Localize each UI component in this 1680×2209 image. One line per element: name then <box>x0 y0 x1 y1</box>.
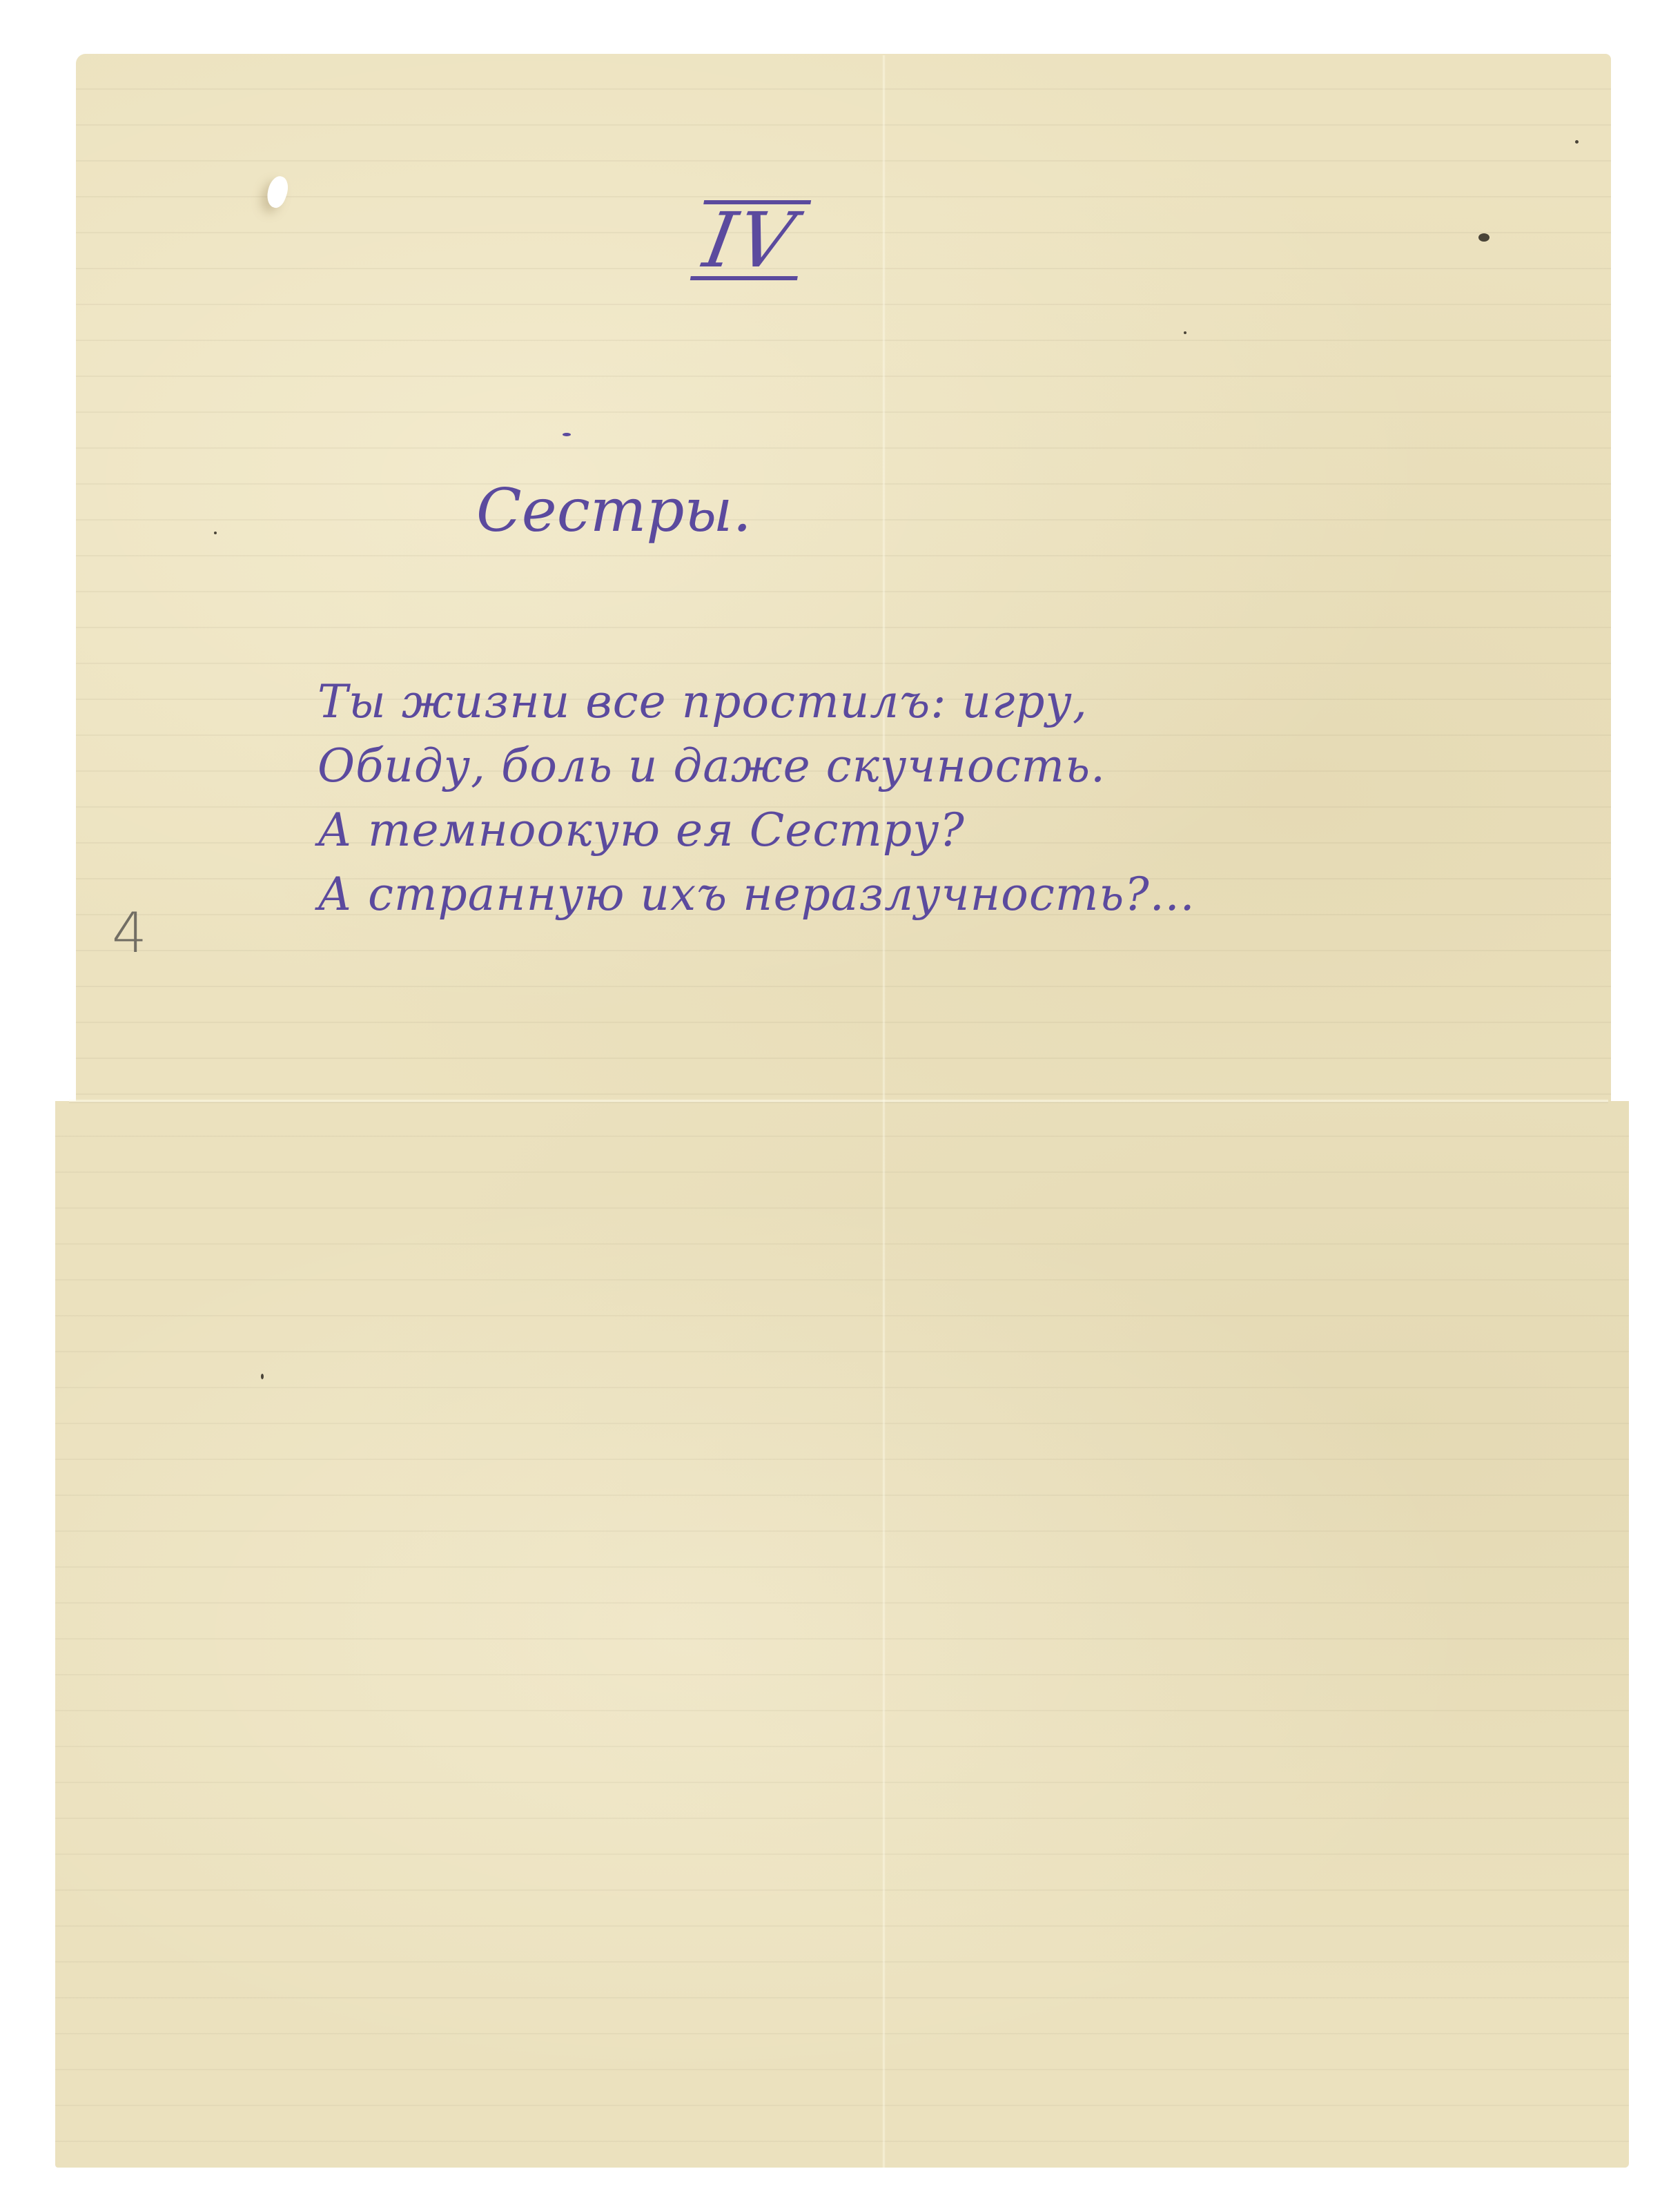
ink-speck <box>1478 233 1489 242</box>
poem-line: Обиду, боль и даже скучность. <box>318 734 1195 798</box>
margin-page-number: 4 <box>112 901 147 965</box>
ink-speck <box>1184 331 1186 334</box>
poem-line: Ты жизни все простилъ: игру, <box>318 670 1195 734</box>
poem-line: А темноокую ея Сестру? <box>318 798 1195 862</box>
ink-speck <box>261 1374 264 1379</box>
ink-speck <box>1575 140 1579 144</box>
manuscript-sheet: IV Сестры. Ты жизни все простилъ: игру, … <box>0 0 1680 2209</box>
poem-title: Сестры. <box>476 476 752 545</box>
section-numeral: IV <box>690 200 811 280</box>
poem-line: А странную ихъ неразлучность?... <box>318 862 1195 926</box>
poem-body: Ты жизни все простилъ: игру, Обиду, боль… <box>318 670 1195 926</box>
horizontal-fold-crease <box>69 1099 1608 1103</box>
ink-speck <box>214 532 217 534</box>
paper-upper-half <box>76 54 1611 1117</box>
paper-lower-half <box>55 1101 1629 2168</box>
ink-speck <box>563 433 571 436</box>
vertical-fold-crease <box>882 55 886 2168</box>
